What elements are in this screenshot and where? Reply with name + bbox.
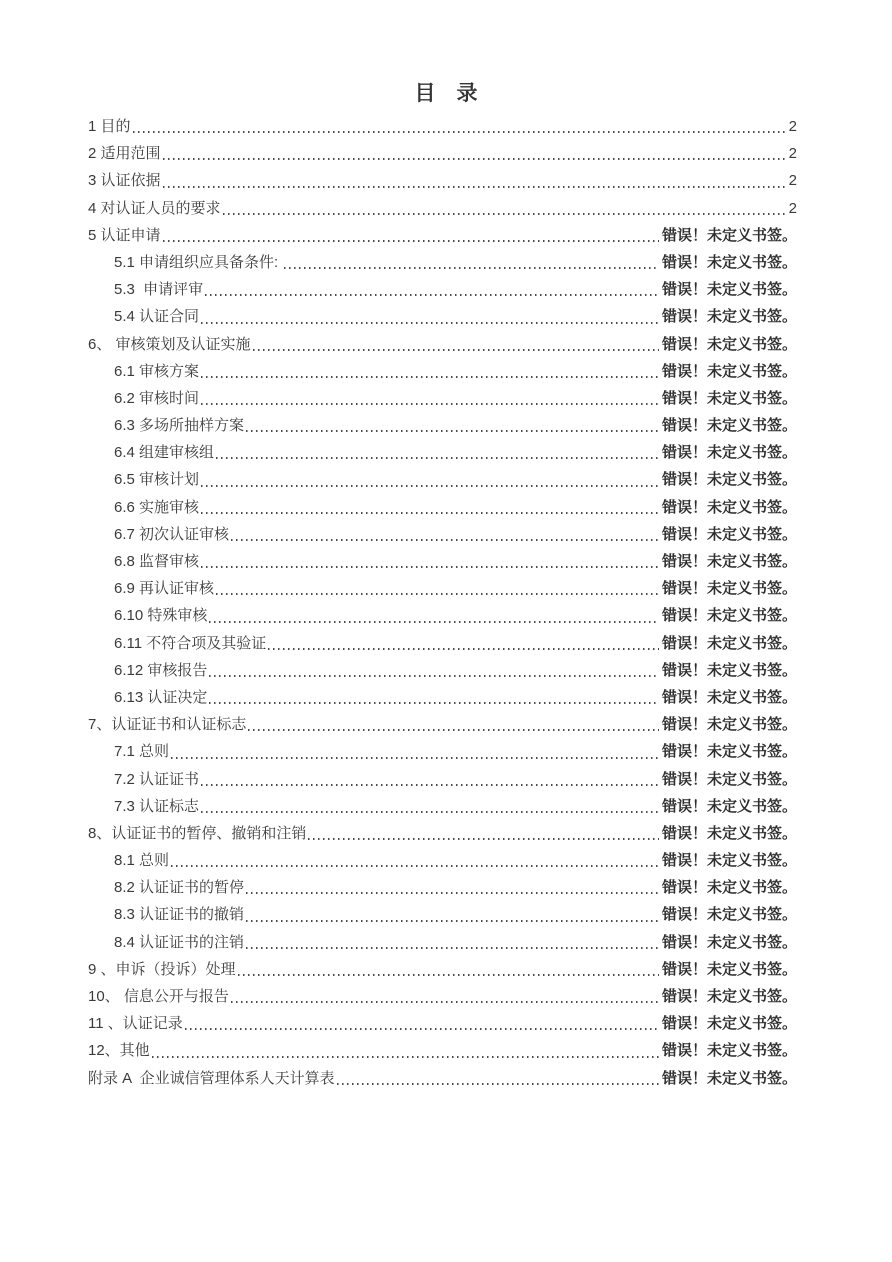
toc-entry-page: 错误！未定义书签。 <box>662 929 797 956</box>
toc-entry-label: 6.13 认证决定 <box>114 684 207 711</box>
toc-entry-page: 错误！未定义书签。 <box>662 331 797 358</box>
toc-entry-label: 8.3 认证证书的撤销 <box>114 901 244 928</box>
toc-entry-label: 6.10 特殊审核 <box>114 602 207 629</box>
toc-entry-label: 12、其他 <box>88 1037 150 1064</box>
dot-leader <box>209 702 659 704</box>
toc-entry-label: 9 、申诉（投诉）处理 <box>88 956 236 983</box>
toc-entry-label: 8.4 认证证书的注销 <box>114 929 244 956</box>
toc-entry-label: 8、认证证书的暂停、撤销和注销 <box>88 820 306 847</box>
toc-entry-label: 8.2 认证证书的暂停 <box>114 874 244 901</box>
toc-entry-page: 错误！未定义书签。 <box>662 466 797 493</box>
toc-entry[interactable]: 3 认证依据 2 <box>88 167 797 194</box>
dot-leader <box>171 865 659 867</box>
toc-entry-label: 6.5 审核计划 <box>114 466 199 493</box>
toc-entry-page: 错误！未定义书签。 <box>662 793 797 820</box>
toc-entry-page: 错误！未定义书签。 <box>662 412 797 439</box>
toc-entry-page: 2 <box>789 167 797 194</box>
toc-entry[interactable]: 8.4 认证证书的注销 错误！未定义书签。 <box>88 929 797 956</box>
toc-entry-page: 错误！未定义书签。 <box>662 983 797 1010</box>
dot-leader <box>163 158 786 160</box>
dot-leader <box>201 512 659 514</box>
toc-entry-page: 错误！未定义书签。 <box>662 630 797 657</box>
toc-entry[interactable]: 7.2 认证证书 错误！未定义书签。 <box>88 766 797 793</box>
toc-entry[interactable]: 7、认证证书和认证标志 错误！未定义书签。 <box>88 711 797 738</box>
toc-entry-label: 2 适用范围 <box>88 140 161 167</box>
dot-leader <box>201 566 659 568</box>
toc-entry[interactable]: 5.4 认证合同 错误！未定义书签。 <box>88 303 797 330</box>
dot-leader <box>308 838 659 840</box>
toc-entry-page: 错误！未定义书签。 <box>662 602 797 629</box>
toc-entry[interactable]: 2 适用范围 2 <box>88 140 797 167</box>
dot-leader <box>231 539 659 541</box>
dot-leader <box>246 947 659 949</box>
dot-leader <box>216 457 659 459</box>
dot-leader <box>238 974 659 976</box>
toc-entry-label: 5 认证申请 <box>88 222 161 249</box>
toc-entry-page: 错误！未定义书签。 <box>662 820 797 847</box>
toc-entry-label: 5.4 认证合同 <box>114 303 199 330</box>
dot-leader <box>201 322 659 324</box>
toc-entry-page: 错误！未定义书签。 <box>662 303 797 330</box>
dot-leader <box>223 213 786 215</box>
toc-entry-label: 7、认证证书和认证标志 <box>88 711 246 738</box>
toc-entry-page: 错误！未定义书签。 <box>662 766 797 793</box>
toc-entry[interactable]: 7.3 认证标志 错误！未定义书签。 <box>88 793 797 820</box>
toc-entry-label: 5.1 申请组织应具备条件: <box>114 249 282 276</box>
toc-entry[interactable]: 6.2 审核时间 错误！未定义书签。 <box>88 385 797 412</box>
toc-entry-page: 错误！未定义书签。 <box>662 1065 797 1092</box>
toc-entry-label: 5.3 申请评审 <box>114 276 203 303</box>
toc-entry-page: 错误！未定义书签。 <box>662 385 797 412</box>
dot-leader <box>268 648 659 650</box>
toc-entry-page: 错误！未定义书签。 <box>662 847 797 874</box>
toc-entry[interactable]: 5.3 申请评审 错误！未定义书签。 <box>88 276 797 303</box>
dot-leader <box>246 430 659 432</box>
toc-entry-label: 6.1 审核方案 <box>114 358 199 385</box>
toc-entry-label: 6.7 初次认证审核 <box>114 521 229 548</box>
toc-entry[interactable]: 6.7 初次认证审核 错误！未定义书签。 <box>88 521 797 548</box>
toc-entry-page: 2 <box>789 140 797 167</box>
toc-entry-label: 6.12 审核报告 <box>114 657 207 684</box>
dot-leader <box>163 186 786 188</box>
toc-entry[interactable]: 12、其他 错误！未定义书签。 <box>88 1037 797 1064</box>
toc-entry-label: 1 目的 <box>88 113 131 140</box>
toc-entry-page: 错误！未定义书签。 <box>662 222 797 249</box>
toc-entry[interactable]: 1 目的 2 <box>88 113 797 140</box>
toc-entry-label: 6.4 组建审核组 <box>114 439 214 466</box>
toc-title: 目 录 <box>0 0 892 106</box>
toc-entry-label: 6.9 再认证审核 <box>114 575 214 602</box>
toc-entry-page: 2 <box>789 195 797 222</box>
toc-entry-label: 7.3 认证标志 <box>114 793 199 820</box>
toc-entry-page: 错误！未定义书签。 <box>662 1010 797 1037</box>
dot-leader <box>201 485 659 487</box>
document-page: 目 录 1 目的 2 2 适用范围 2 3 认证依据 2 4 对认证人员的要求 … <box>0 0 892 1262</box>
dot-leader <box>185 1028 659 1030</box>
dot-leader <box>209 621 659 623</box>
dot-leader <box>201 784 659 786</box>
toc-entry[interactable]: 6.10 特殊审核 错误！未定义书签。 <box>88 602 797 629</box>
toc-entry-page: 错误！未定义书签。 <box>662 657 797 684</box>
toc-entry-page: 错误！未定义书签。 <box>662 548 797 575</box>
toc-entry-page: 错误！未定义书签。 <box>662 956 797 983</box>
toc-entry-label: 11 、认证记录 <box>88 1010 183 1037</box>
toc-entry-label: 6.6 实施审核 <box>114 494 199 521</box>
dot-leader <box>337 1083 659 1085</box>
dot-leader <box>253 349 659 351</box>
toc-entry-label: 6.2 审核时间 <box>114 385 199 412</box>
dot-leader <box>163 240 659 242</box>
toc-entry-page: 错误！未定义书签。 <box>662 358 797 385</box>
dot-leader <box>231 1001 659 1003</box>
toc-entry-label: 7.1 总则 <box>114 738 169 765</box>
dot-leader <box>133 131 786 133</box>
toc-entry-page: 错误！未定义书签。 <box>662 276 797 303</box>
toc-entry-page: 错误！未定义书签。 <box>662 874 797 901</box>
toc-entry[interactable]: 11 、认证记录 错误！未定义书签。 <box>88 1010 797 1037</box>
toc-entry[interactable]: 8.1 总则 错误！未定义书签。 <box>88 847 797 874</box>
dot-leader <box>209 675 659 677</box>
toc-entry-label: 6.8 监督审核 <box>114 548 199 575</box>
toc-entry[interactable]: 8、认证证书的暂停、撤销和注销 错误！未定义书签。 <box>88 820 797 847</box>
toc-entry-page: 错误！未定义书签。 <box>662 684 797 711</box>
toc-entry[interactable]: 6.5 审核计划 错误！未定义书签。 <box>88 466 797 493</box>
toc-entry-page: 错误！未定义书签。 <box>662 521 797 548</box>
dot-leader <box>216 593 659 595</box>
toc-entry[interactable]: 附录 A 企业诚信管理体系人天计算表 错误！未定义书签。 <box>88 1065 797 1092</box>
toc-entry-page: 错误！未定义书签。 <box>662 901 797 928</box>
toc-entry[interactable]: 6.6 实施审核 错误！未定义书签。 <box>88 494 797 521</box>
dot-leader <box>248 729 659 731</box>
toc-entry[interactable]: 6.8 监督审核 错误！未定义书签。 <box>88 548 797 575</box>
toc-entry-label: 6、 审核策划及认证实施 <box>88 331 251 358</box>
toc-entry-label: 6.11 不符合项及其验证 <box>114 630 266 657</box>
toc-entry-page: 2 <box>789 113 797 140</box>
toc-entry-page: 错误！未定义书签。 <box>662 494 797 521</box>
toc-entry[interactable]: 6.12 审核报告 错误！未定义书签。 <box>88 657 797 684</box>
toc-entry-label: 3 认证依据 <box>88 167 161 194</box>
dot-leader <box>205 294 659 296</box>
toc-entry-label: 10、 信息公开与报告 <box>88 983 229 1010</box>
dot-leader <box>152 1056 659 1058</box>
toc-entry[interactable]: 6.3 多场所抽样方案 错误！未定义书签。 <box>88 412 797 439</box>
toc-entry[interactable]: 9 、申诉（投诉）处理 错误！未定义书签。 <box>88 956 797 983</box>
toc-entry[interactable]: 7.1 总则 错误！未定义书签。 <box>88 738 797 765</box>
toc-entry[interactable]: 10、 信息公开与报告 错误！未定义书签。 <box>88 983 797 1010</box>
toc-entry[interactable]: 6.1 审核方案 错误！未定义书签。 <box>88 358 797 385</box>
toc-entry-page: 错误！未定义书签。 <box>662 738 797 765</box>
toc-entry[interactable]: 6.9 再认证审核 错误！未定义书签。 <box>88 575 797 602</box>
dot-leader <box>201 403 659 405</box>
dot-leader <box>201 376 659 378</box>
toc-entry-label: 附录 A 企业诚信管理体系人天计算表 <box>88 1065 335 1092</box>
dot-leader <box>246 892 659 894</box>
dot-leader <box>171 757 659 759</box>
toc-entry[interactable]: 5.1 申请组织应具备条件: 错误！未定义书签。 <box>88 249 797 276</box>
toc-entry-page: 错误！未定义书签。 <box>662 439 797 466</box>
toc-entry[interactable]: 6.4 组建审核组 错误！未定义书签。 <box>88 439 797 466</box>
toc-entry-label: 8.1 总则 <box>114 847 169 874</box>
toc-entry-label: 7.2 认证证书 <box>114 766 199 793</box>
toc-list: 1 目的 2 2 适用范围 2 3 认证依据 2 4 对认证人员的要求 2 5 … <box>0 113 892 1092</box>
dot-leader <box>284 267 659 269</box>
toc-entry-page: 错误！未定义书签。 <box>662 1037 797 1064</box>
toc-entry-page: 错误！未定义书签。 <box>662 575 797 602</box>
toc-entry[interactable]: 8.2 认证证书的暂停 错误！未定义书签。 <box>88 874 797 901</box>
toc-entry-label: 6.3 多场所抽样方案 <box>114 412 244 439</box>
toc-entry[interactable]: 6.11 不符合项及其验证 错误！未定义书签。 <box>88 630 797 657</box>
toc-entry[interactable]: 6、 审核策划及认证实施 错误！未定义书签。 <box>88 331 797 358</box>
toc-entry[interactable]: 5 认证申请 错误！未定义书签。 <box>88 222 797 249</box>
toc-entry[interactable]: 4 对认证人员的要求 2 <box>88 195 797 222</box>
toc-entry-page: 错误！未定义书签。 <box>662 249 797 276</box>
dot-leader <box>201 811 659 813</box>
toc-entry-page: 错误！未定义书签。 <box>662 711 797 738</box>
toc-entry[interactable]: 6.13 认证决定 错误！未定义书签。 <box>88 684 797 711</box>
toc-entry[interactable]: 8.3 认证证书的撤销 错误！未定义书签。 <box>88 901 797 928</box>
dot-leader <box>246 920 659 922</box>
toc-entry-label: 4 对认证人员的要求 <box>88 195 221 222</box>
